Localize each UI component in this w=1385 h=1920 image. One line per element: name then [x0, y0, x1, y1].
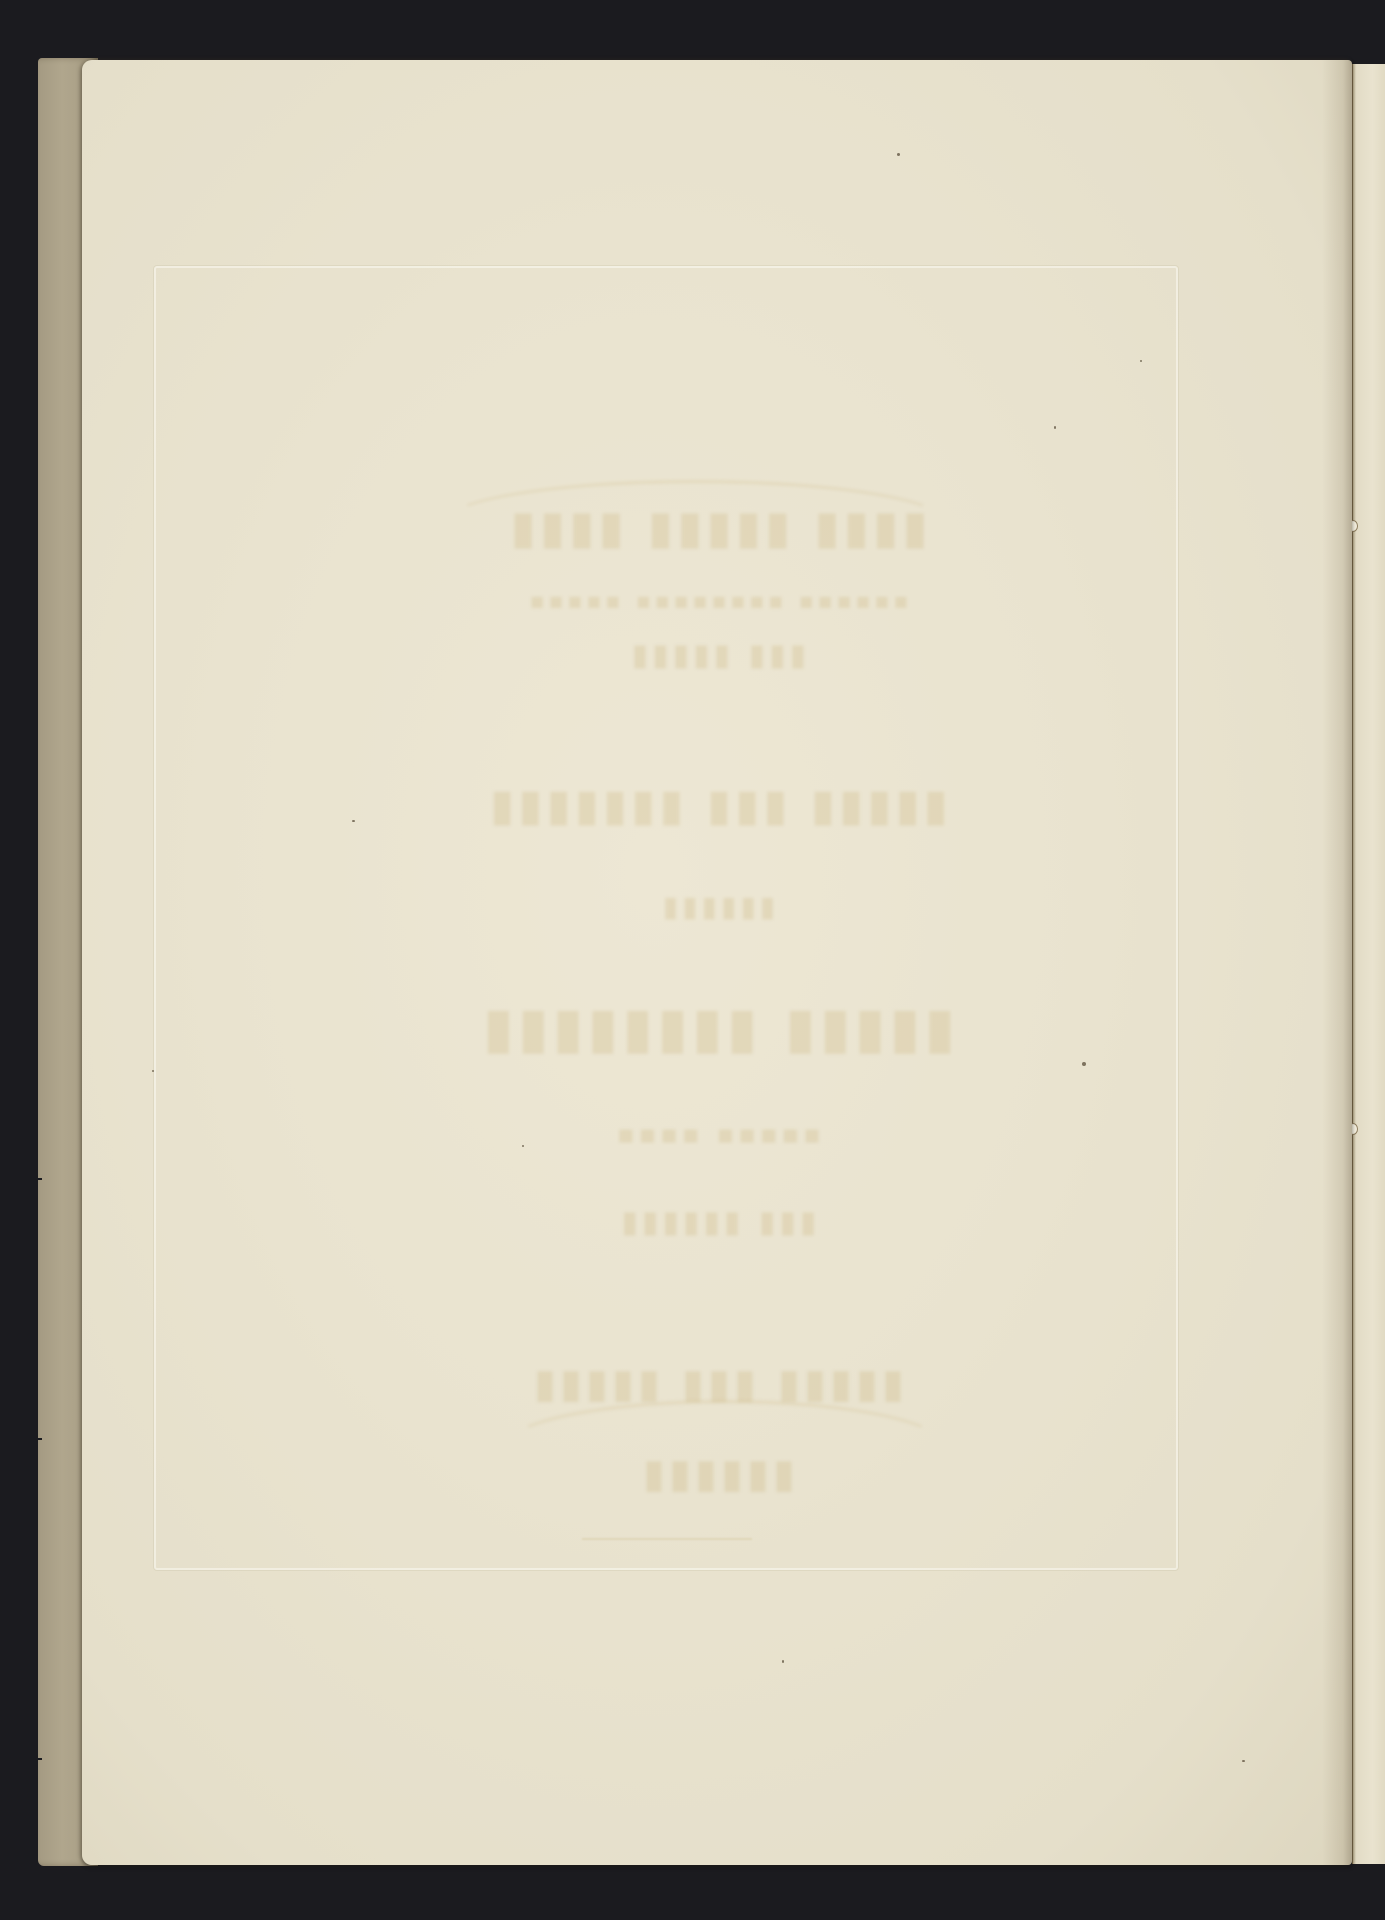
show-through-line: ▮▮▮ ▮▮▮▮▮▮ — [82, 1205, 1352, 1240]
board-tear — [36, 1758, 42, 1760]
paper-speck — [352, 820, 355, 822]
scan-background: blank (faint show-through from facing ti… — [0, 0, 1385, 1920]
show-through-rule — [582, 1538, 752, 1540]
show-through-line: ▮▮▮▮▮ ▮▮▮ ▮▮▮▮▮▮▮ — [82, 780, 1352, 831]
paper-speck — [1242, 1760, 1245, 1762]
board-tear — [36, 1438, 42, 1440]
show-through-line: ▪▪▪▪▪ ▪▪▪▪ — [82, 1120, 1352, 1150]
paper-speck — [1054, 426, 1056, 429]
show-through-line: ▮▮▮▮▮▮ — [82, 890, 1352, 923]
paper-speck — [1082, 1062, 1086, 1066]
show-through-flourish — [442, 480, 948, 566]
paper-speck — [522, 1145, 524, 1147]
show-through-flourish — [502, 1400, 948, 1496]
show-through-line: ▮▮▮▮▮ ▮▮▮▮▮▮▮▮ — [82, 995, 1352, 1061]
paper-speck — [1140, 360, 1142, 362]
show-through-line: ▮▮▮ ▮▮▮▮▮ — [82, 638, 1352, 673]
paper-speck — [782, 1660, 784, 1663]
next-page-edge — [1352, 64, 1385, 1864]
paper-speck — [897, 153, 900, 156]
verso-page: blank (faint show-through from facing ti… — [82, 60, 1352, 1865]
gutter-shadow — [1322, 60, 1352, 1865]
paper-speck — [152, 1070, 154, 1072]
show-through-line: ▪▪▪▪▪▪ ▪▪▪▪▪▪▪▪ ▪▪▪▪▪ — [82, 588, 1352, 614]
board-tear — [36, 1178, 42, 1180]
